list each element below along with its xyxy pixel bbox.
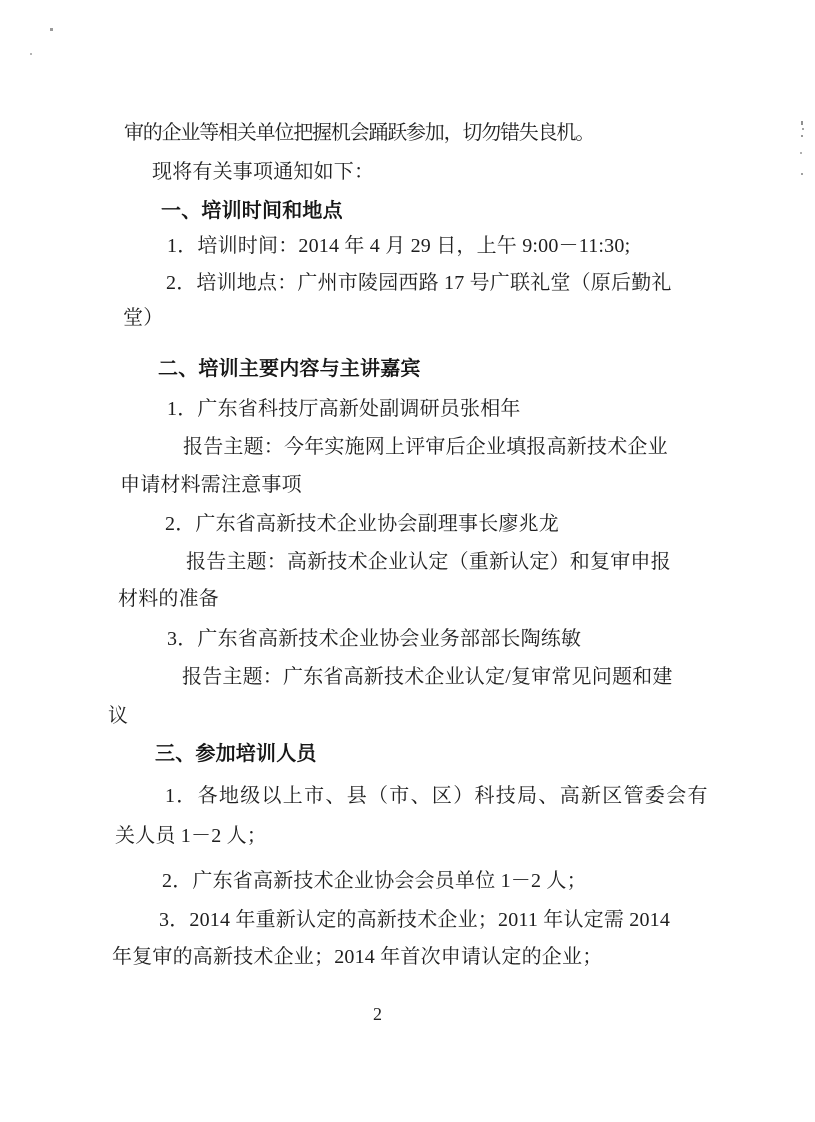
scan-speck [30, 53, 32, 55]
text-line: 报告主题：今年实施网上评审后企业填报高新技术企业 [183, 433, 668, 461]
text-line: 1．广东省科技厅高新处副调研员张相年 [167, 395, 521, 423]
scan-speck [801, 121, 803, 125]
scan-speck [801, 135, 803, 137]
text-line: 3．2014 年重新认定的高新技术企业；2011 年认定需 2014 [159, 906, 670, 934]
text-line: 现将有关事项通知如下： [152, 158, 374, 186]
text-line: 堂） [123, 304, 163, 332]
text-line: 材料的准备 [118, 585, 219, 613]
document-page: 审的企业等相关单位把握机会踊跃参加，切勿错失良机。 现将有关事项通知如下： 一、… [0, 0, 815, 1122]
page-number: 2 [373, 1004, 382, 1025]
text-line: 报告主题：高新技术企业认定（重新认定）和复审申报 [186, 548, 671, 576]
text-line: 1．培训时间：2014 年 4 月 29 日，上午 9:00－11:30; [167, 232, 630, 260]
text-line: 关人员 1－2 人； [115, 822, 267, 850]
text-line: 年复审的高新技术企业；2014 年首次申请认定的企业； [112, 943, 602, 971]
text-line: 2．培训地点：广州市陵园西路 17 号广联礼堂（原后勤礼 [166, 269, 672, 297]
section-heading-1: 一、培训时间和地点 [161, 197, 343, 225]
text-line: 申请材料需注意事项 [120, 471, 302, 499]
section-heading-3: 三、参加培训人员 [155, 740, 317, 768]
text-line: 3．广东省高新技术企业协会业务部部长陶练敏 [167, 625, 581, 653]
text-line: 议 [108, 702, 128, 730]
text-line: 2．广东省高新技术企业协会会员单位 1－2 人； [162, 867, 587, 895]
section-heading-2: 二、培训主要内容与主讲嘉宾 [158, 355, 421, 383]
scan-speck [802, 128, 804, 130]
text-line: 报告主题：广东省高新技术企业认定/复审常见问题和建 [182, 663, 673, 691]
text-line: 审的企业等相关单位把握机会踊跃参加，切勿错失良机。 [124, 119, 594, 147]
scan-speck [801, 173, 803, 175]
scan-speck [800, 152, 802, 154]
text-line: 2．广东省高新技术企业协会副理事长廖兆龙 [165, 510, 559, 538]
text-line: 1．各地级以上市、县（市、区）科技局、高新区管委会有 [165, 782, 709, 810]
scan-speck [50, 28, 53, 31]
